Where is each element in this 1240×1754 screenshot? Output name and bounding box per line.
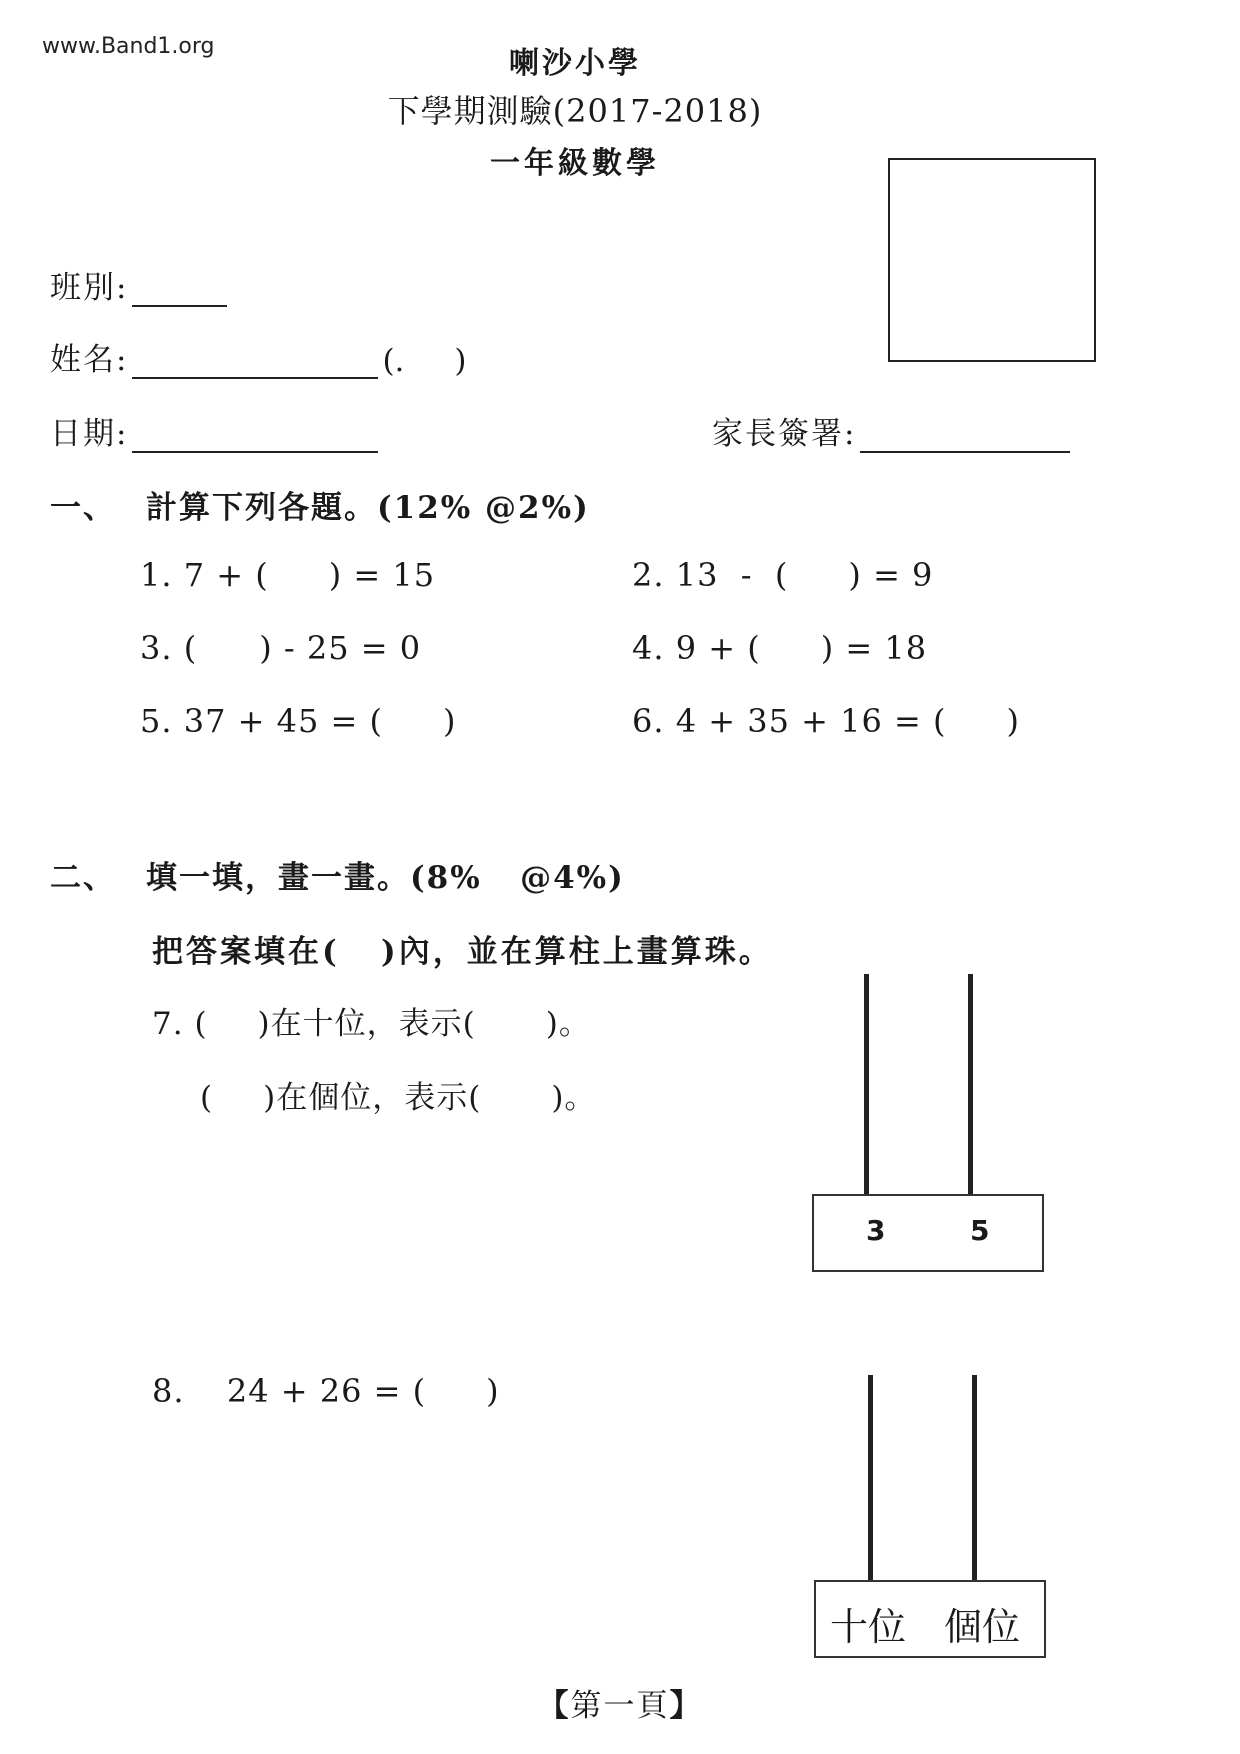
question-number: 8. (152, 1372, 185, 1410)
section2-instruction: 把答案填在( )內，並在算柱上畫算珠。 (152, 926, 773, 971)
question-7-line1: 7. ()在十位，表示()。 (152, 998, 591, 1043)
ones-rod[interactable] (968, 974, 973, 1196)
exam-title: 下學期測驗(2017-2018) (0, 86, 1150, 132)
parent-signature-line[interactable] (860, 419, 1070, 453)
question-8: 8. 24 + 26 = () (152, 1372, 500, 1410)
text-end: )。 (551, 1080, 596, 1116)
date-field: 日期: (50, 408, 378, 453)
question-right: ) (1006, 702, 1019, 740)
date-input-line[interactable] (132, 419, 378, 453)
question-number: 5. (140, 702, 173, 740)
text: )在十位，表示( (258, 1006, 476, 1042)
question-right: ) = 15 (329, 556, 435, 594)
abacus-base: 十位 個位 (814, 1580, 1046, 1658)
bracket-open: 【 (538, 1688, 571, 1724)
question-number: 3. (140, 629, 173, 667)
section1-number: 一、 (50, 482, 146, 527)
page-number: 第一頁 (571, 1688, 670, 1724)
name-field: 姓名: (.) (50, 334, 467, 379)
question-right: ) = 9 (848, 556, 933, 594)
question-left: 4 + 35 + 16 = ( (676, 702, 947, 740)
question-number: 1. (140, 556, 173, 594)
parent-signature-field: 家長簽署: (712, 408, 1070, 453)
page-footer: 【第一頁】 (0, 1680, 1240, 1725)
question-3: 3. () - 25 = 0 (140, 629, 421, 667)
parent-signature-label: 家長簽署: (712, 408, 856, 453)
class-input-line[interactable] (132, 273, 227, 307)
question-left: 37 + 45 = ( (184, 702, 383, 740)
question-number: 6. (632, 702, 665, 740)
section1-heading: 一、計算下列各題。(12% @2%) (50, 482, 590, 527)
question-4: 4. 9 + () = 18 (632, 629, 927, 667)
ones-rod[interactable] (972, 1375, 977, 1581)
tens-rod[interactable] (868, 1375, 873, 1581)
question-left: 13 - ( (676, 556, 789, 594)
score-box (888, 158, 1096, 362)
tens-place-label: 十位 (830, 1596, 906, 1651)
question-5: 5. 37 + 45 = () (140, 702, 456, 740)
question-right: ) (486, 1372, 499, 1410)
paren-open: ( (194, 1006, 207, 1042)
question-left: ( (184, 629, 197, 667)
bracket-close: 】 (670, 1688, 703, 1724)
question-left: 9 + ( (676, 629, 761, 667)
section2-heading: 二、填一填，畫一畫。(8% @4%) (50, 852, 625, 897)
tens-digit: 3 (866, 1214, 885, 1247)
paren-open: (. (382, 343, 404, 379)
section1-title: 計算下列各題。(12% @2%) (146, 490, 590, 526)
question-number: 2. (632, 556, 665, 594)
question-1: 1. 7 + () = 15 (140, 556, 435, 594)
class-field: 班別: (50, 262, 227, 307)
ones-place-label: 個位 (944, 1596, 1020, 1651)
class-number-parens[interactable]: (.) (382, 343, 466, 379)
question-right: ) - 25 = 0 (259, 629, 421, 667)
name-label: 姓名: (50, 334, 128, 379)
ones-digit: 5 (970, 1214, 989, 1247)
name-input-line[interactable] (132, 345, 378, 379)
date-label: 日期: (50, 408, 128, 453)
question-right: ) (443, 702, 456, 740)
question-right: ) = 18 (821, 629, 927, 667)
class-label: 班別: (50, 262, 128, 307)
tens-rod[interactable] (864, 974, 869, 1196)
abacus-base: 3 5 (812, 1194, 1044, 1272)
question-left: 7 + ( (184, 556, 269, 594)
question-left: 24 + 26 = ( (227, 1372, 426, 1410)
question-2: 2. 13 - () = 9 (632, 556, 933, 594)
paren-close: ) (454, 343, 466, 379)
text: )在個位，表示( (263, 1080, 481, 1116)
question-7-line2: ()在個位，表示()。 (200, 1072, 596, 1117)
text-end: )。 (546, 1006, 591, 1042)
paren-open: ( (200, 1080, 213, 1116)
school-name: 喇沙小學 (0, 38, 1150, 82)
question-number: 4. (632, 629, 665, 667)
section2-title: 填一填，畫一畫。(8% @4%) (146, 860, 625, 896)
question-6: 6. 4 + 35 + 16 = () (632, 702, 1020, 740)
section2-number: 二、 (50, 852, 146, 897)
question-number: 7. (152, 1006, 184, 1042)
